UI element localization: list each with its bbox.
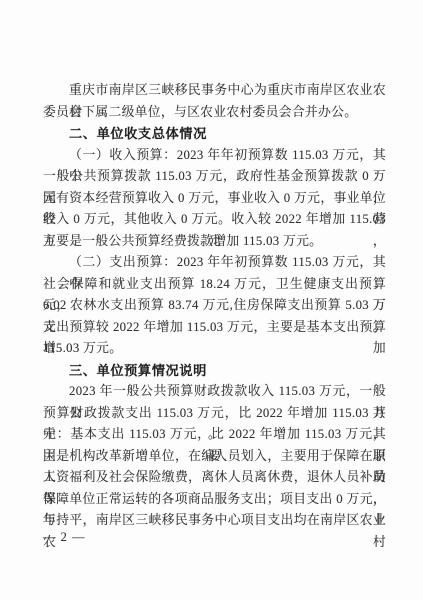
paragraph-line: 重庆市南岸区三峡移民事务中心为重庆市南岸区农业农村 [43,80,386,102]
paragraph-line: 年持平，南岸区三峡移民事务中心项目支出均在南岸区农业农村 [43,510,386,532]
paragraph-line: 中：基本支出 115.03 万元，比 2022 年增加 115.03 万元，主要… [43,424,386,446]
paragraph-line: 国有资本经营预算收入 0 万元，事业收入 0 万元，事业单位经营 [43,188,386,210]
section-heading-3: 三、单位预算情况说明 [43,360,386,382]
paragraph-line: 预算财政拨款支出 115.03 万元，比 2022 年增加 115.03 万元。… [43,403,386,425]
paragraph-line: 支出预算较 2022 年增加 115.03 万元，主要是基本支出预算增加 [43,317,386,339]
paragraph-line: 工资福利及社会保险缴费，离休人员离休费，退休人员补助等， [43,467,386,489]
document-page: 重庆市南岸区三峡移民事务中心为重庆市南岸区农业农村 委员会下属二级单位，与区农业… [0,0,423,600]
paragraph-line: 社会保障和就业支出预算 18.24 万元，卫生健康支出预算 6.02 万 [43,274,386,296]
paragraph-line: 保障单位正常运转的各项商品服务支出；项目支出 0 万元，与上 [43,489,386,511]
paragraph-line: （一）收入预算：2023 年年初预算数 115.03 万元，其中： [43,145,386,167]
paragraph-line: 因是机构改革新增单位，在编人员划入，主要用于保障在职人员 [43,446,386,468]
section-heading-2: 二、单位收支总体情况 [43,123,386,145]
paragraph-line: （二）支出预算：2023 年年初预算数 115.03 万元，其中： [43,252,386,274]
paragraph-line: 2023 年一般公共预算财政拨款收入 115.03 万元，一般公共 [43,381,386,403]
paragraph-line: 元，农林水支出预算 83.74 万元,住房保障支出预算 5.03 万元。 [43,295,386,317]
paragraph-line: 一般公共预算拨款 115.03 万元，政府性基金预算拨款 0 万元， [43,166,386,188]
document-body: 重庆市南岸区三峡移民事务中心为重庆市南岸区农业农村 委员会下属二级单位，与区农业… [43,80,386,532]
paragraph-line: 收入 0 万元，其他收入 0 万元。收入较 2022 年增加 115.03 万元… [43,209,386,231]
paragraph-line: 委员会下属二级单位，与区农业农村委员会合并办公。 [43,102,386,124]
page-number: — 2 — [43,530,86,545]
